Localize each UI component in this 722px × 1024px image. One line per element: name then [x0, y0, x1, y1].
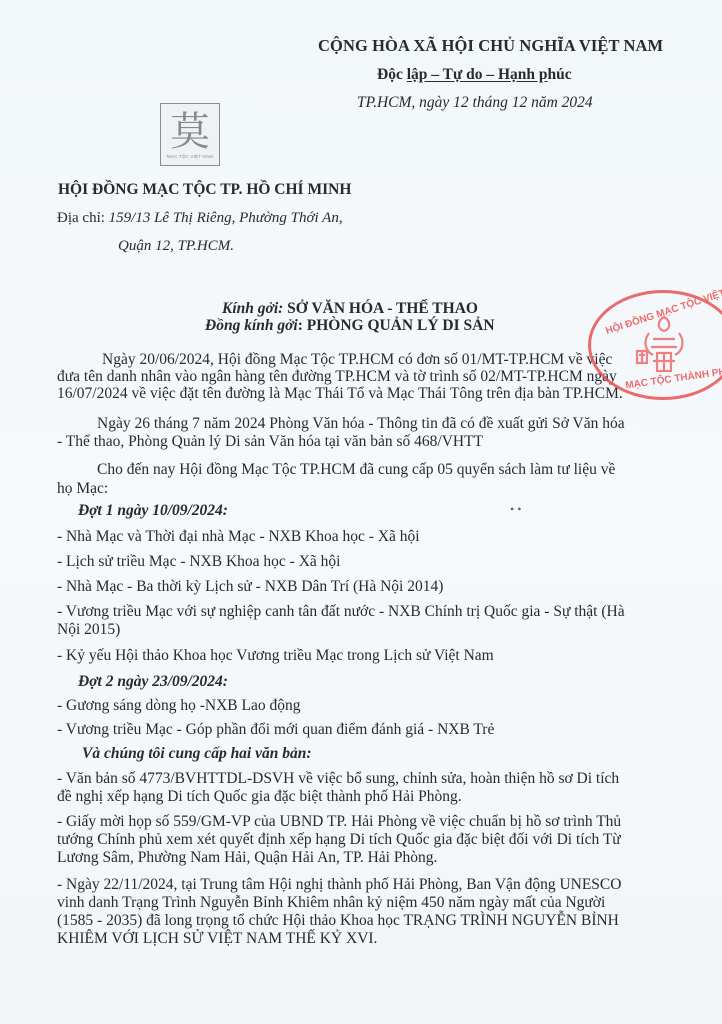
batch1-heading: Đợt 1 ngày 10/09/2024:	[78, 502, 228, 520]
batch2-heading: Đợt 2 ngày 23/09/2024:	[78, 673, 228, 691]
cc-value: : PHÒNG QUẢN LÝ DI SẢN	[298, 317, 495, 334]
doc1-line1: - Văn bản số 4773/BVHTTDL-DSVH về việc b…	[57, 770, 619, 788]
batch1-item: - Kỷ yếu Hội thảo Khoa học Vương triều M…	[57, 647, 494, 665]
national-motto: Độc lập – Tự do – Hạnh phúc	[377, 66, 572, 84]
national-title: CỘNG HÒA XÃ HỘI CHỦ NGHĨA VIỆT NAM	[318, 36, 663, 56]
motto-underlined: lập – Tự do – Hạnh p	[407, 66, 548, 83]
event-line1: - Ngày 22/11/2024, tại Trung tâm Hội ngh…	[57, 876, 621, 894]
doc1-line2: đề nghị xếp hạng Di tích Quốc gia đặc bi…	[57, 788, 462, 806]
motto-prefix: Độc	[377, 66, 407, 83]
para2-line2: - Thể thao, Phòng Quản lý Di sản Văn hóa…	[57, 433, 483, 451]
motto-suffix: húc	[548, 66, 572, 83]
batch2-item: - Vương triều Mạc - Góp phần đổi mới qua…	[57, 721, 494, 739]
batch1-item: - Nhà Mạc - Ba thời kỳ Lịch sử - NXB Dân…	[57, 578, 443, 596]
organization-address-line2: Quận 12, TP.HCM.	[118, 238, 234, 255]
clan-logo: 莫 MẠC TỘC VIỆT NAM	[160, 103, 220, 166]
para2-line1: Ngày 26 tháng 7 năm 2024 Phòng Văn hóa -…	[97, 415, 625, 433]
para1-line2: đưa tên danh nhân vào ngân hàng tên đườn…	[57, 368, 617, 386]
event-line2: vinh danh Trạng Trình Nguyễn Bỉnh Khiêm …	[57, 894, 605, 912]
documents-heading: Và chúng tôi cung cấp hai văn bản:	[82, 745, 312, 763]
organization-name: HỘI ĐỒNG MẠC TỘC TP. HỒ CHÍ MINH	[58, 181, 351, 199]
document-date: TP.HCM, ngày 12 tháng 12 năm 2024	[357, 94, 593, 112]
batch1-item: - Nhà Mạc và Thời đại nhà Mạc - NXB Khoa…	[57, 528, 420, 546]
recipient-value: SỞ VĂN HÓA - THỂ THAO	[287, 300, 478, 317]
batch1-item: - Lịch sử triều Mạc - NXB Khoa học - Xã …	[57, 553, 340, 571]
batch2-item: - Gương sáng dòng họ -NXB Lao động	[57, 697, 300, 715]
para1-line1: Ngày 20/06/2024, Hội đồng Mạc Tộc TP.HCM…	[102, 351, 612, 369]
batch1-item: - Vương triều Mạc với sự nghiệp canh tân…	[57, 603, 625, 621]
doc2-line1: - Giấy mời họp số 559/GM-VP của UBND TP.…	[57, 813, 621, 831]
para3-line2: họ Mạc:	[57, 480, 108, 498]
recipient-primary: Kính gởi: SỞ VĂN HÓA - THỂ THAO	[222, 300, 478, 318]
doc2-line2: tướng Chính phủ xem xét quyết định xếp h…	[57, 831, 621, 849]
cc-label: Đồng kính gởi	[205, 317, 298, 334]
dragon-emblem-icon	[629, 311, 699, 381]
logo-caption: MẠC TỘC VIỆT NAM	[167, 154, 213, 159]
address-label: Địa chỉ:	[57, 210, 109, 226]
address-value: 159/13 Lê Thị Riêng, Phường Thới An,	[109, 210, 343, 226]
batch1-item-continued: Nội 2015)	[57, 621, 120, 639]
logo-glyph-icon: 莫	[170, 110, 210, 154]
recipient-cc: Đồng kính gởi: PHÒNG QUẢN LÝ DI SẢN	[205, 317, 495, 335]
event-line3: (1585 - 2035) đã long trọng tổ chức Hội …	[57, 912, 619, 930]
recipient-label: Kính gởi:	[222, 300, 287, 317]
document-page: CỘNG HÒA XÃ HỘI CHỦ NGHĨA VIỆT NAM Độc l…	[0, 0, 722, 1024]
organization-address-line1: Địa chỉ: 159/13 Lê Thị Riêng, Phường Thớ…	[57, 210, 343, 227]
stray-marks: • •	[510, 502, 521, 517]
para1-line3: 16/07/2024 về việc đặt tên đường là Mạc …	[57, 385, 623, 403]
event-line4: KHIÊM VỚI LỊCH SỬ VIỆT NAM THẾ KỶ XVI.	[57, 930, 377, 948]
para3-line1: Cho đến nay Hội đồng Mạc Tộc TP.HCM đã c…	[97, 461, 615, 479]
doc2-line3: Lương Sâm, Phường Nam Hải, Quận Hải An, …	[57, 849, 437, 867]
